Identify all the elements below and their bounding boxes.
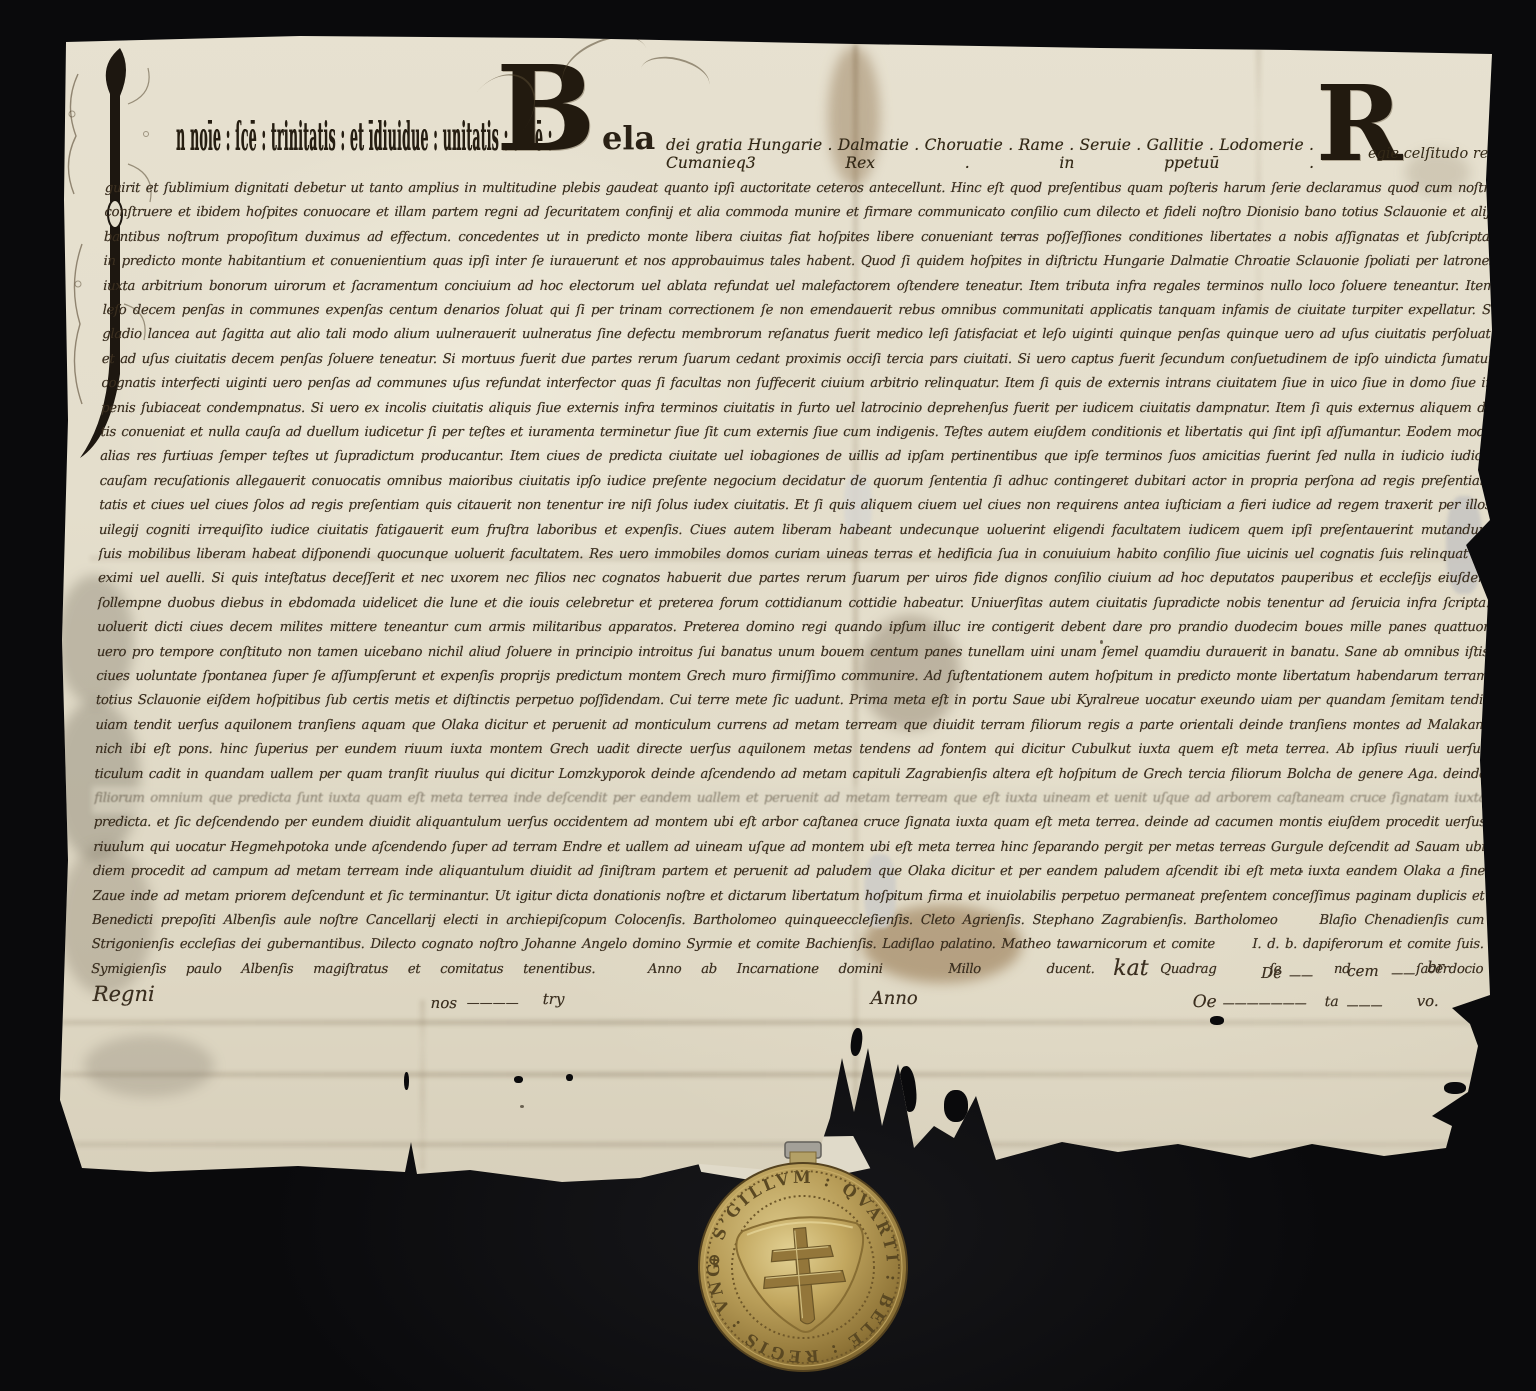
charter-text-line: guirit et ſublimium dignitati debetur ut…: [105, 178, 1497, 201]
dateline-word: nos: [430, 994, 457, 1012]
charter-text-line: uero pro tempore conſtituto non tamen ui…: [97, 642, 1489, 665]
charter-text-line: Benedicti prepoſiti Albenſis aule noſtre…: [92, 910, 1484, 933]
charter-text-line: eximi uel auelli. Si quis inteſtatus dec…: [98, 568, 1490, 591]
charter-text-line: leſo decem penſas in communes expenſas c…: [103, 300, 1495, 323]
dateline-word: Regni: [93, 982, 155, 1006]
charter-text-line: diem procedit ad campum ad metam terream…: [93, 861, 1485, 884]
charter-text-line: et ad uſus ciuitatis decem penſas ſoluer…: [102, 349, 1494, 372]
dateline-word: vo.: [1417, 992, 1439, 1010]
charter-text-line: ſuis mobilibus liberam habeat diſponendi…: [98, 544, 1490, 567]
dateline-word: ————: [466, 996, 518, 1011]
charter-text-line: Zaue inde ad metam priorem deſcendunt et…: [92, 886, 1484, 909]
charter-text-line: cauſam recuſationis allegauerit conuocat…: [100, 471, 1492, 494]
charter-text-line: bantibus noſtrum propoſitum duximus ad e…: [104, 227, 1496, 250]
dateline-word: br: [1427, 958, 1444, 976]
charter-text-line: nich ibi eſt pons. hinc ſuperius per eun…: [95, 739, 1487, 762]
charter-text-line: tis conueniat et nulla cauſa ad duellum …: [100, 422, 1492, 445]
charter-text-line: uoluerit dicti ciues decem milites mitte…: [97, 617, 1489, 640]
charter-text-line: cognatis interfecti uiginti uero penſas …: [101, 373, 1493, 396]
charter-text-line: totius Sclauonie eiſdem hoſpitibus ſub c…: [96, 690, 1488, 713]
charter-text-line: conſtruere et ibidem hoſpites conuocare …: [104, 202, 1496, 225]
golden-bull-seal: ⊕ S’GILLVM : QVARTI : BELE : REGIS : VNG…: [678, 1140, 928, 1390]
charter-text-line: ſollempne duobus diebus in ebdomada uide…: [97, 593, 1489, 616]
dateline-word: kat: [1113, 956, 1149, 981]
charter-text-line: tatis et ciues uel ciues ſolos ad regis …: [99, 495, 1491, 518]
charter-text-line: riuulum qui uocatur Hegmehpotoka unde aſ…: [93, 837, 1485, 860]
dateline-word: ta: [1325, 994, 1339, 1010]
dateline-word: De: [1261, 964, 1282, 982]
dateline-word: ——: [1391, 966, 1415, 980]
dateline-word: ———————: [1223, 996, 1307, 1010]
dateline-word: Anno: [871, 988, 918, 1009]
charter-text-line: filiorum omnium que predicta ſunt iuxta …: [94, 788, 1486, 811]
dateline-word: Oe: [1192, 992, 1216, 1012]
dateline-word: ——: [1289, 968, 1313, 982]
charter-text-line: iuxta arbitrium bonorum uirorum et ſacra…: [103, 276, 1495, 299]
charter-text-line: ciues uoluntate ſpontanea ſuper ſe aſſum…: [96, 666, 1488, 689]
charter-text-line: uilegij cogniti irrequiſito iudice ciuit…: [99, 520, 1491, 543]
charter-text-line: predicta. et ſic deſcendendo per eundem …: [94, 812, 1486, 835]
charter-text-line: penis ſubiaceat condempnatus. Si uero ex…: [101, 398, 1493, 421]
charter-text-line: Strigonienſis eccleſias dei gubernantibu…: [91, 934, 1483, 957]
charter-text-line: uiam tendit uerſus aquilonem tranſiens a…: [95, 715, 1487, 738]
charter-text-line: gladio lancea aut ſagitta aut alio tali …: [102, 324, 1494, 347]
dateline-word: cem: [1347, 962, 1379, 980]
charter-text-line: in predicto monte habitantium et conueni…: [103, 251, 1495, 274]
dateline-word: try: [543, 990, 565, 1008]
charter-text-line: ticulum cadit in quandam uallem per quam…: [94, 764, 1486, 787]
dateline-word: ———: [1346, 998, 1382, 1012]
charter-text-line: alias res furtiuas ſemper teſtes ut ſupr…: [100, 446, 1492, 469]
